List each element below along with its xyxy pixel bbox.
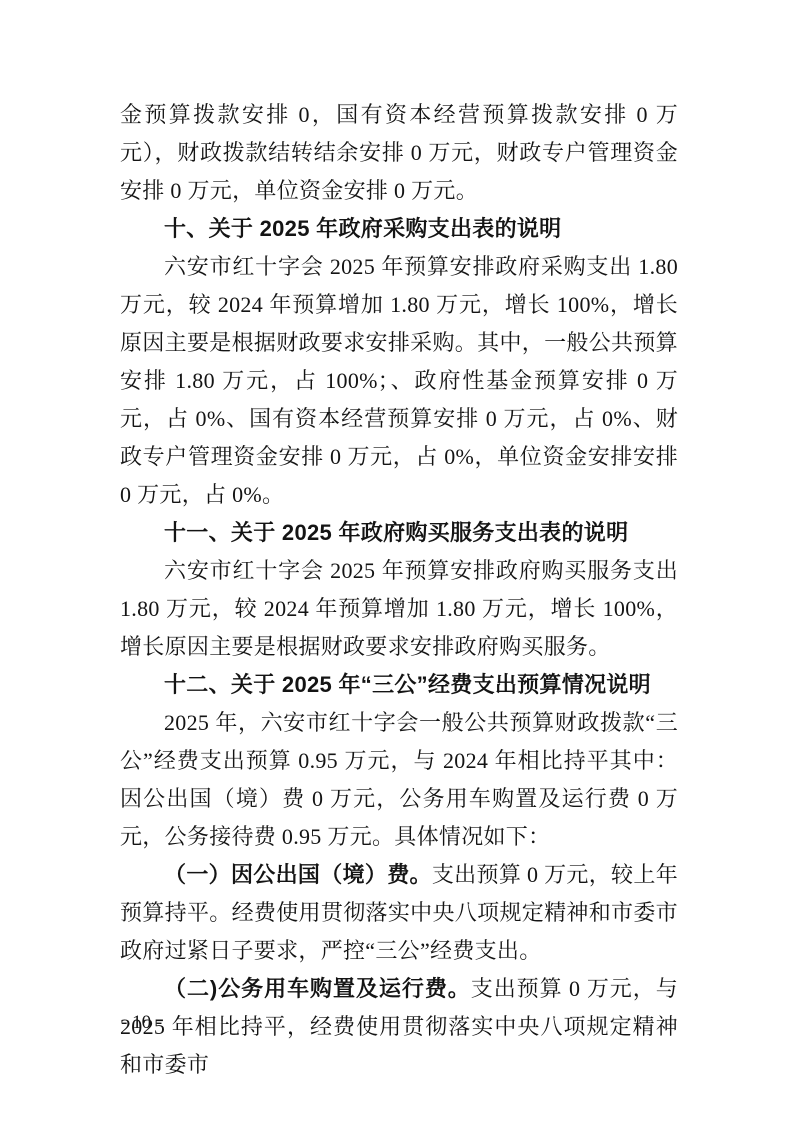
heading-text: 十二、关于 2025 年“三公”经费支出预算情况说明 — [164, 672, 651, 697]
document-body: 金预算拨款安排 0，国有资本经营预算拨款安排 0 万元），财政拨款结转结余安排 … — [120, 96, 678, 1084]
heading-text: 十、关于 2025 年政府采购支出表的说明 — [164, 216, 561, 241]
paragraph-text: 六安市红十字会 2025 年预算安排政府购买服务支出 1.80 万元，较 202… — [120, 558, 678, 659]
doc-heading: 十一、关于 2025 年政府购买服务支出表的说明 — [120, 514, 678, 552]
doc-paragraph: 六安市红十字会 2025 年预算安排政府购买服务支出 1.80 万元，较 202… — [120, 552, 678, 666]
document-page: 金预算拨款安排 0，国有资本经营预算拨款安排 0 万元），财政拨款结转结余安排 … — [0, 0, 793, 1122]
paragraph-text: 2025 年，六安市红十字会一般公共预算财政拨款“三公”经费支出预算 0.95 … — [120, 710, 678, 849]
heading-text: 十一、关于 2025 年政府购买服务支出表的说明 — [164, 520, 628, 545]
doc-paragraph: 六安市红十字会 2025 年预算安排政府采购支出 1.80 万元，较 2024 … — [120, 248, 678, 514]
paragraph-text: 金预算拨款安排 0，国有资本经营预算拨款安排 0 万元），财政拨款结转结余安排 … — [120, 102, 678, 203]
paragraph-lead: （二)公务用车购置及运行费。 — [164, 976, 471, 1001]
doc-paragraph: 2025 年，六安市红十字会一般公共预算财政拨款“三公”经费支出预算 0.95 … — [120, 704, 678, 856]
page-number: - 10 - — [121, 1008, 162, 1038]
doc-paragraph: （二)公务用车购置及运行费。支出预算 0 万元，与 2025 年相比持平，经费使… — [120, 970, 678, 1084]
paragraph-lead: （一）因公出国（境）费。 — [164, 862, 432, 887]
doc-paragraph: （一）因公出国（境）费。支出预算 0 万元，较上年预算持平。经费使用贯彻落实中央… — [120, 856, 678, 970]
doc-heading: 十、关于 2025 年政府采购支出表的说明 — [120, 210, 678, 248]
paragraph-text: 六安市红十字会 2025 年预算安排政府采购支出 1.80 万元，较 2024 … — [120, 254, 678, 507]
doc-heading: 十二、关于 2025 年“三公”经费支出预算情况说明 — [120, 666, 678, 704]
doc-paragraph: 金预算拨款安排 0，国有资本经营预算拨款安排 0 万元），财政拨款结转结余安排 … — [120, 96, 678, 210]
